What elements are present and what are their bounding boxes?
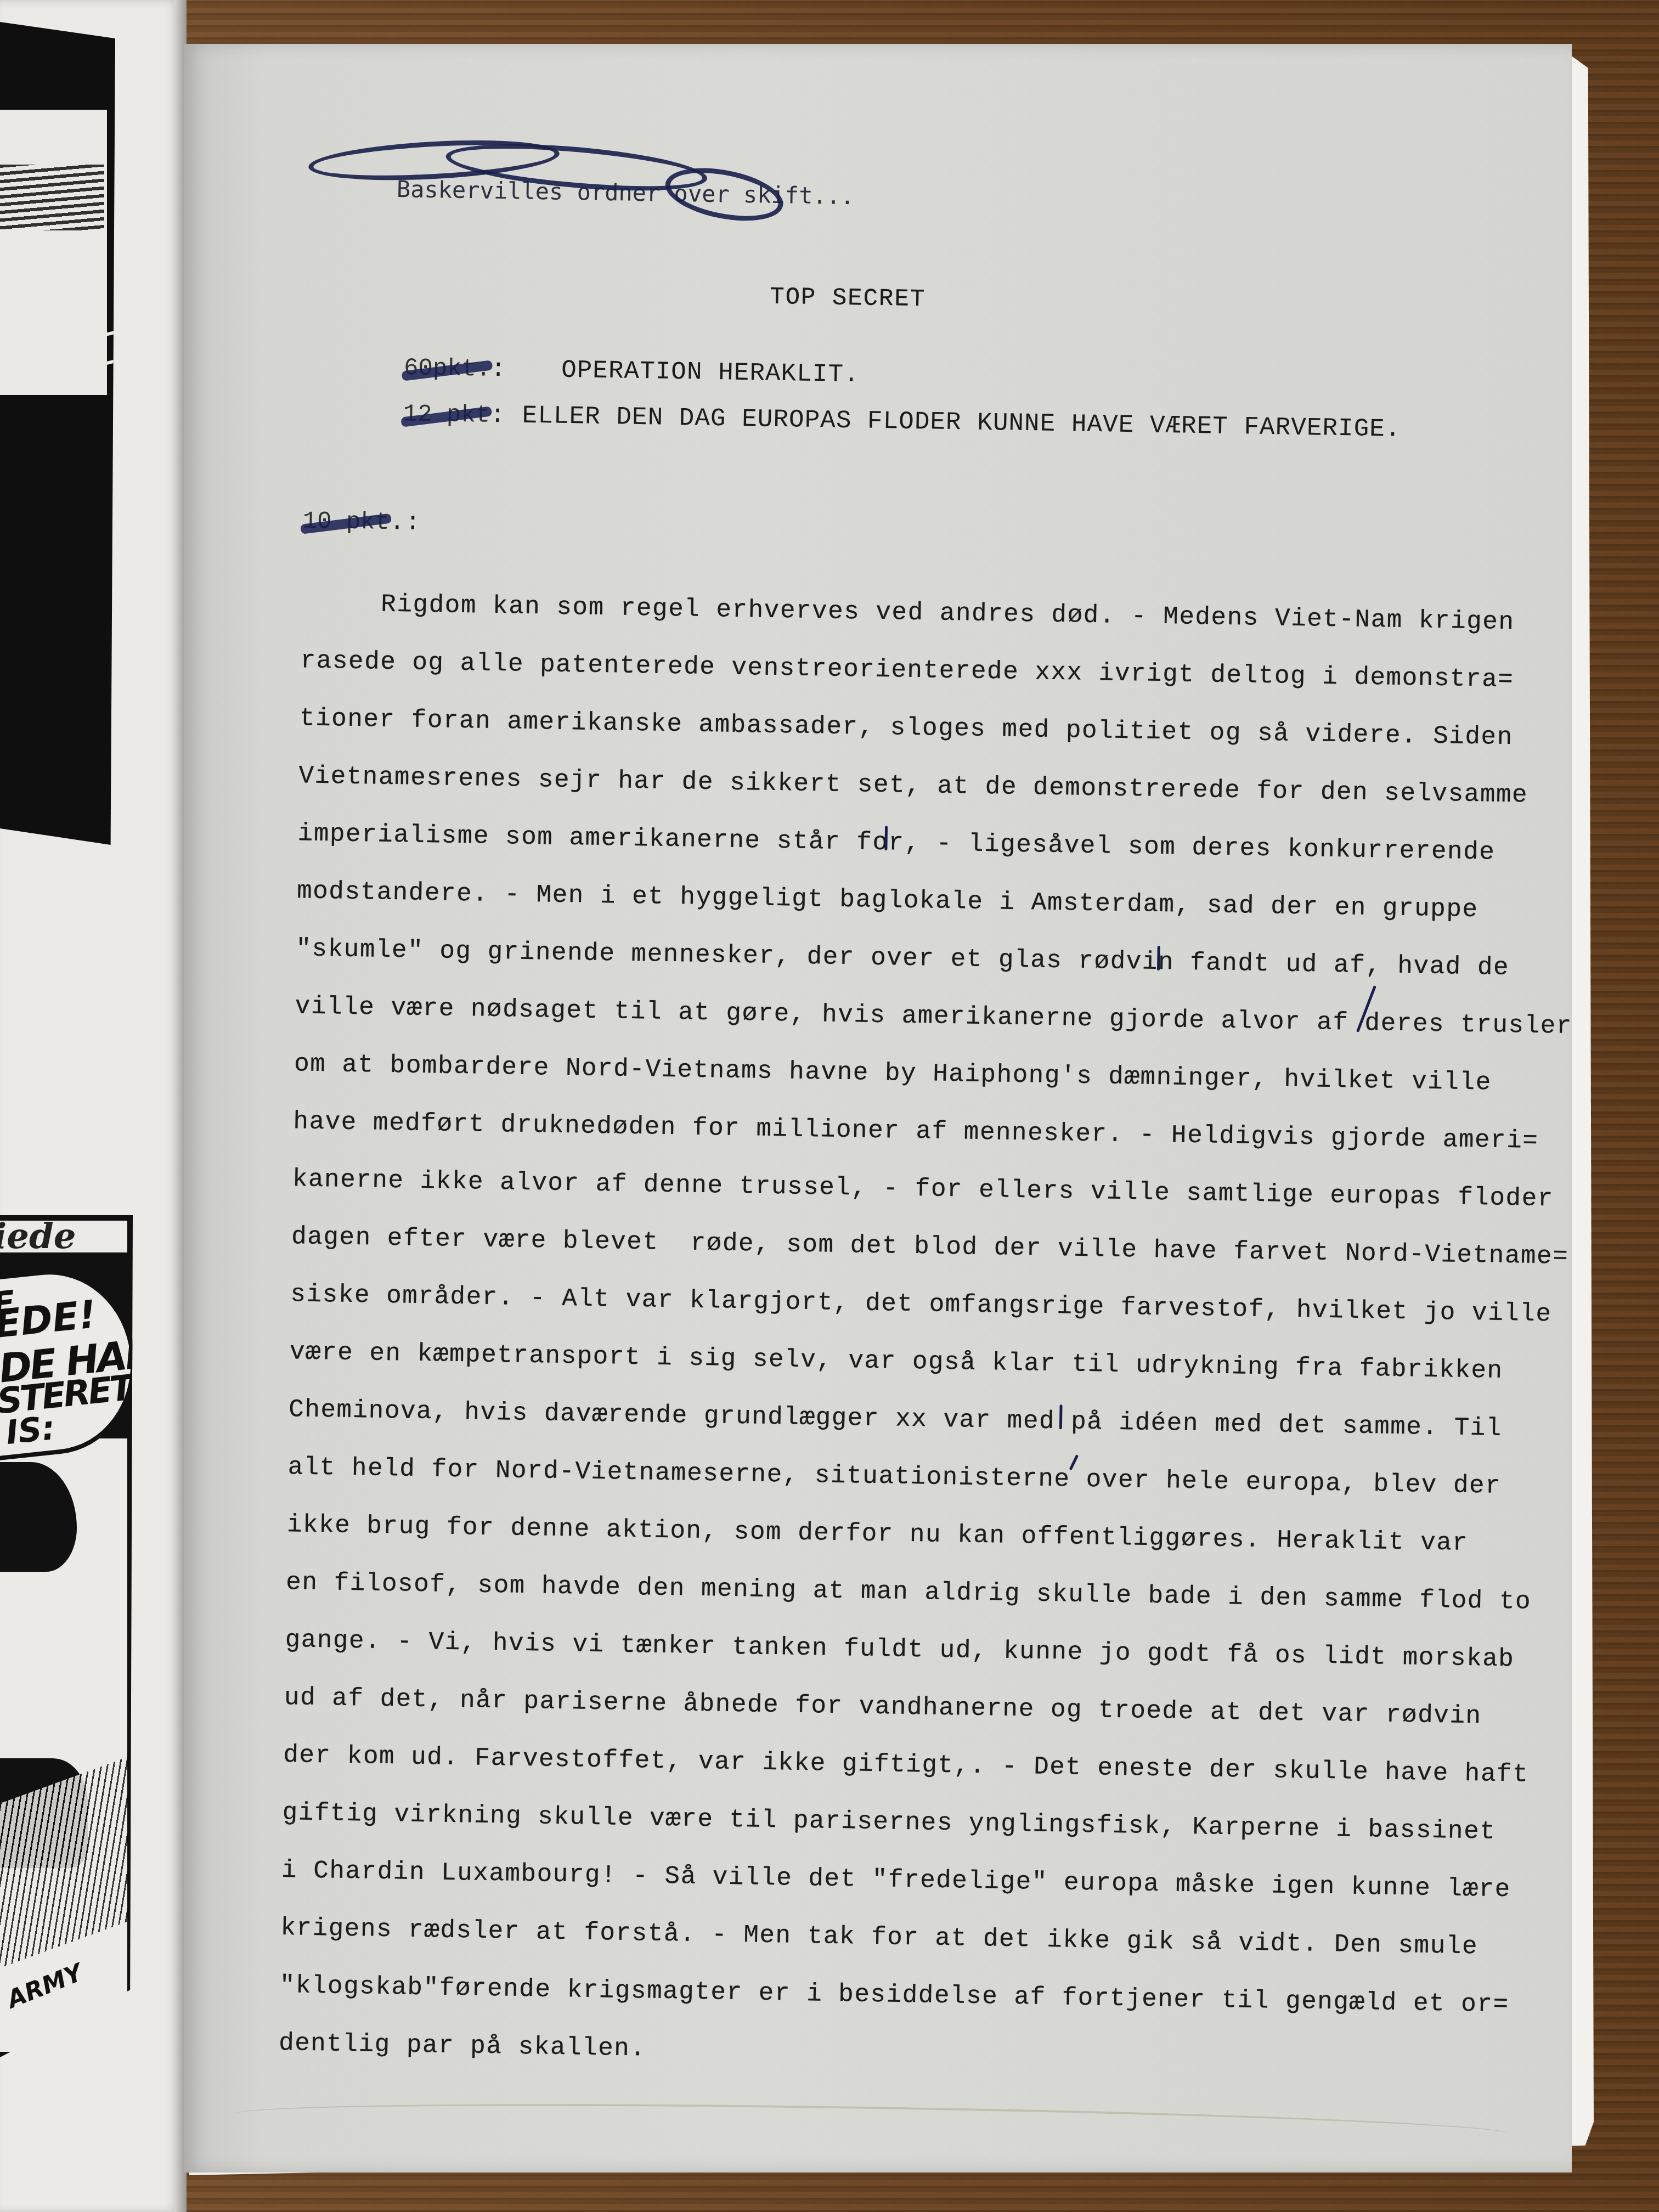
struck-font-size-label: 10 pkt	[302, 507, 390, 536]
struck-font-size-label: 12 pkt	[403, 400, 490, 429]
comic-panel-top	[0, 22, 115, 845]
classification-heading: TOP SECRET	[770, 284, 926, 313]
pen-comma-mark	[1059, 1404, 1063, 1429]
typed-document-page: Baskervilles ordner over skift... TOP SE…	[184, 44, 1572, 2172]
page-stain	[234, 2097, 1513, 2152]
comic-panel-bottom: iede E EDE! DE HAR STERET IS: ARMY	[0, 1215, 133, 2057]
pen-comma-mark	[884, 826, 888, 850]
comic-caption: iede	[0, 1221, 127, 1257]
body-text: Rigdom kan som regel erhverves ved andre…	[278, 589, 1509, 2105]
title-operation: OPERATION HERAKLIT.	[561, 356, 860, 390]
struck-font-size-label: 60pkt.	[404, 354, 491, 383]
section-label: 10 pkt .:	[302, 506, 421, 537]
title-row-1: 60pkt. : OPERATION HERAKLIT.	[404, 353, 860, 389]
pen-comma-mark	[1157, 946, 1160, 970]
title-subtitle: ELLER DEN DAG EUROPAS FLODER KUNNE HAVE …	[522, 402, 1401, 444]
left-page: iede E EDE! DE HAR STERET IS: ARMY	[0, 0, 181, 2212]
title-row-2: 12 pkt : ELLER DEN DAG EUROPAS FLODER KU…	[403, 399, 1401, 444]
